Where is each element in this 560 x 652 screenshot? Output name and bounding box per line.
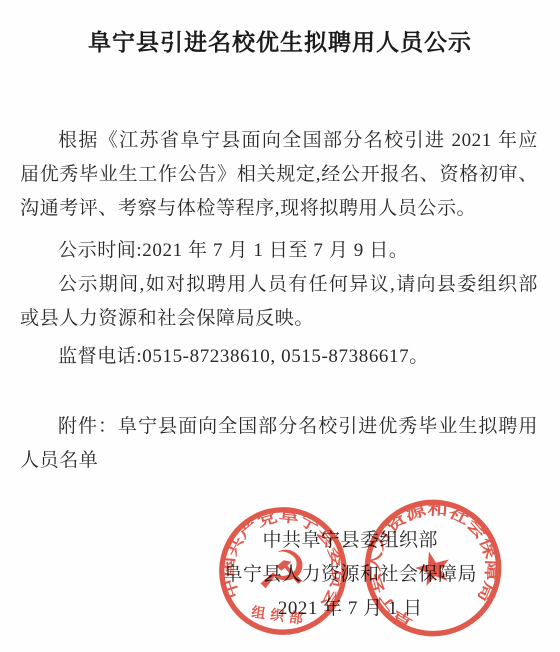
signature-org-hr-bureau: 阜宁县人力资源和社会保障局 [223,558,477,592]
paragraph-public-notice-period: 公示时间:2021 年 7 月 1 日至 7 月 9 日。 [20,234,538,268]
signature-org-party: 中共阜宁县委组织部 [223,524,477,558]
signature-date: 2021 年 7 月 1 日 [223,592,477,626]
signature-inner: 中共阜宁县委组织部 阜宁县人力资源和社会保障局 2021 年 7 月 1 日 [223,524,477,626]
paragraph-intro: 根据《江苏省阜宁县面向全国部分名校引进 2021 年应届优秀毕业生工作公告》相关… [20,124,538,226]
paragraph-objection-channel: 公示期间,如对拟聘用人员有任何异议,请向县委组织部或县人力资源和社会保障局反映。 [20,268,538,336]
document-body: 根据《江苏省阜宁县面向全国部分名校引进 2021 年应届优秀毕业生工作公告》相关… [20,124,538,478]
signature-block: 中共阜宁县委组织部 阜宁县人力资源和社会保障局 2021 年 7 月 1 日 [0,524,560,626]
paragraph-supervision-phone: 监督电话:0515-87238610, 0515-87386617。 [20,340,538,374]
notice-document-page: 阜宁县引进名校优生拟聘用人员公示 根据《江苏省阜宁县面向全国部分名校引进 202… [0,0,560,652]
page-title: 阜宁县引进名校优生拟聘用人员公示 [0,24,560,57]
paragraph-attachment: 附件：阜宁县面向全国部分名校引进优秀毕业生拟聘用人员名单 [20,410,538,478]
